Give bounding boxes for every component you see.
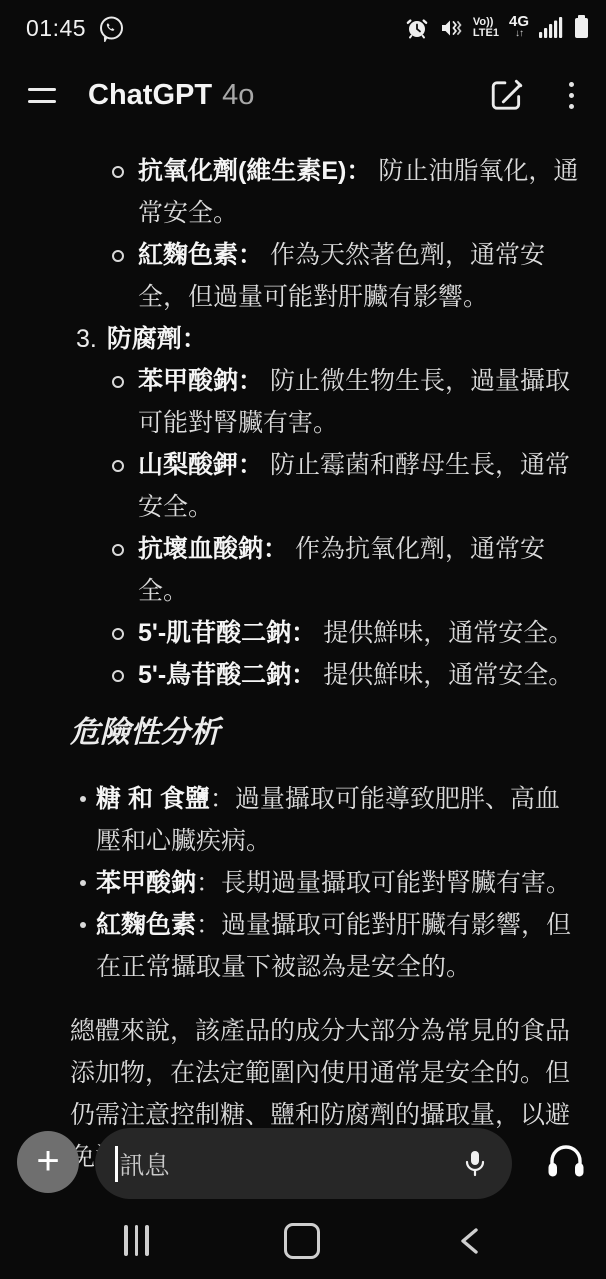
text-cursor: [115, 1146, 118, 1182]
microphone-icon: [460, 1148, 490, 1180]
clock: 01:45: [26, 15, 86, 42]
dot-bullet-icon: [80, 880, 86, 886]
plus-icon: +: [36, 1141, 59, 1181]
phone-screen: 01:45: [0, 0, 606, 1279]
recents-button[interactable]: [118, 1219, 155, 1262]
circle-bullet-icon: [112, 250, 124, 262]
viber-notification-icon: [98, 15, 125, 42]
status-left: 01:45: [26, 15, 125, 42]
list-item: 抗壞血酸鈉：作為抗氧化劑，通常安全。: [112, 528, 582, 612]
list-item: 苯甲酸鈉：長期過量攝取可能對腎臟有害。: [80, 862, 582, 904]
app-title: ChatGPT: [88, 79, 212, 112]
list-item: 山梨酸鉀：防止霉菌和酵母生長，通常安全。: [112, 444, 582, 528]
attach-button[interactable]: +: [17, 1131, 79, 1193]
list-item: 紅麴色素：作為天然著色劑，通常安全，但過量可能對肝臟有影響。: [112, 234, 582, 318]
message-input[interactable]: 訊息: [95, 1128, 512, 1199]
headphones-icon: [544, 1140, 588, 1182]
model-label: 4o: [222, 79, 254, 112]
composer-bar: + 訊息: [0, 1122, 606, 1202]
circle-bullet-icon: [112, 670, 124, 682]
alarm-icon: [405, 16, 429, 40]
status-bar: 01:45: [0, 0, 606, 56]
list-item: 紅麴色素：過量攝取可能對肝臟有影響，但在正常攝取量下被認為是安全的。: [80, 904, 582, 988]
model-selector[interactable]: ChatGPT 4o: [88, 79, 485, 112]
voice-mode-button[interactable]: [542, 1138, 590, 1184]
dictation-button[interactable]: [458, 1146, 492, 1182]
back-chevron-icon: [456, 1224, 482, 1258]
preservatives-sublist: 苯甲酸鈉：防止微生物生長，過量攝取可能對腎臟有害。 山梨酸鉀：防止霉菌和酵母生長…: [112, 360, 582, 696]
dot-bullet-icon: [80, 796, 86, 802]
status-right: Vo)) LTE1 4G ↓↑: [405, 16, 588, 40]
numbered-item: 3. 防腐劑：: [76, 318, 582, 360]
additives-sublist: 抗氧化劑(維生素E)：防止油脂氧化，通常安全。 紅麴色素：作為天然著色劑，通常安…: [112, 150, 582, 318]
battery-icon: [575, 18, 588, 38]
kebab-icon: [569, 82, 574, 87]
overflow-menu-button[interactable]: [563, 78, 580, 113]
menu-icon: [28, 88, 56, 91]
list-item: 抗氧化劑(維生素E)：防止油脂氧化，通常安全。: [112, 150, 582, 234]
input-placeholder: 訊息: [120, 1146, 459, 1182]
circle-bullet-icon: [112, 460, 124, 472]
circle-bullet-icon: [112, 628, 124, 640]
section-heading: 危險性分析: [70, 710, 582, 756]
signal-strength-icon: [539, 17, 563, 39]
new-chat-button[interactable]: [485, 73, 529, 117]
list-item: 糖 和 食鹽：過量攝取可能導致肥胖、高血壓和心臟疾病。: [80, 778, 582, 862]
risk-bullet-list: 糖 和 食鹽：過量攝取可能導致肥胖、高血壓和心臟疾病。 苯甲酸鈉：長期過量攝取可…: [80, 778, 582, 988]
list-item: 5'-鳥苷酸二鈉：提供鮮味，通常安全。: [112, 654, 582, 696]
recents-icon: [124, 1225, 149, 1256]
compose-icon: [489, 77, 525, 113]
volte-icon: Vo)) LTE1: [473, 17, 499, 39]
circle-bullet-icon: [112, 376, 124, 388]
home-button[interactable]: [278, 1217, 326, 1265]
list-item: 5'-肌苷酸二鈉：提供鮮味，通常安全。: [112, 612, 582, 654]
circle-bullet-icon: [112, 544, 124, 556]
circle-bullet-icon: [112, 166, 124, 178]
home-icon: [284, 1223, 320, 1259]
dot-bullet-icon: [80, 922, 86, 928]
network-type-icon: 4G ↓↑: [509, 16, 529, 40]
mute-vibrate-icon: [439, 16, 463, 40]
assistant-message: 抗氧化劑(維生素E)：防止油脂氧化，通常安全。 紅麴色素：作為天然著色劑，通常安…: [0, 124, 606, 1178]
app-header: ChatGPT 4o: [0, 68, 606, 122]
menu-button[interactable]: [26, 82, 58, 109]
android-nav-bar: [0, 1202, 606, 1279]
list-item: 苯甲酸鈉：防止微生物生長，過量攝取可能對腎臟有害。: [112, 360, 582, 444]
back-button[interactable]: [450, 1218, 488, 1264]
